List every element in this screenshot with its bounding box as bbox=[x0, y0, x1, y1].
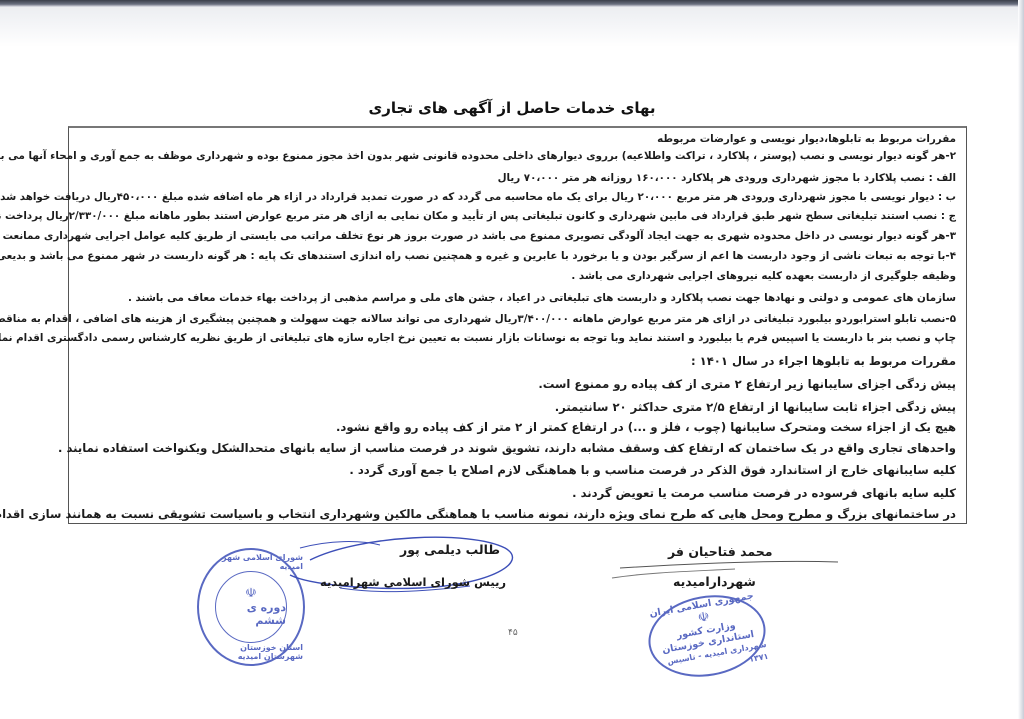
awning-rule-1: پیش زدگی اجزای سایبانها زیر ارتفاع ۲ متر… bbox=[538, 377, 956, 391]
scan-edge-top bbox=[0, 0, 1024, 7]
rule-2-c: ج : نصب استند تبلیغاتی سطح شهر طبق قرارد… bbox=[0, 209, 956, 223]
document-title: بهای خدمات حاصل از آگهی های تجاری bbox=[0, 99, 1024, 117]
council-stamp: شورای اسلامی شهر امیدیه ☫ دوره ی ششم است… bbox=[197, 548, 305, 666]
rule-4: ۴-با توجه به تبعات ناشی از وجود داربست ه… bbox=[0, 249, 956, 263]
rule-2-a: الف : نصب پلاکارد با مجوز شهرداری ورودی … bbox=[498, 171, 956, 185]
council-stamp-bottom-text: استان خوزستان شهرستان امیدیه bbox=[199, 643, 303, 661]
section-heading-signs: مقررات مربوط به تابلوها،دیوار نویسی و عو… bbox=[657, 132, 956, 146]
council-head-title: رییس شورای اسلامی شهرامیدیه bbox=[320, 575, 506, 589]
mayor-title: شهردارامیدیه bbox=[673, 574, 756, 589]
council-stamp-inner-ring: ☫ دوره ی ششم bbox=[215, 571, 287, 643]
council-head-name: طالب دیلمی پور bbox=[400, 542, 500, 557]
rule-2: ۲-هر گونه دیوار نویسی و نصب (پوستر ، پلا… bbox=[0, 149, 956, 163]
awning-rule-6: کلیه سایه بانهای فرسوده در فرصت مناسب مر… bbox=[572, 486, 956, 500]
awning-rule-4: واحدهای تجاری واقع در یک ساختمان که ارتف… bbox=[58, 441, 956, 455]
regulations-box: مقررات مربوط به تابلوها،دیوار نویسی و عو… bbox=[68, 126, 967, 524]
rule-5: ۵-نصب تابلو استرابوردو بیلبورد تبلیغاتی … bbox=[0, 312, 956, 326]
municipality-stamp: جمهوری اسلامی ایران ☫ وزارت کشور استاندا… bbox=[642, 586, 772, 685]
page-number: ۴۵ bbox=[508, 628, 518, 638]
awning-rule-2: پیش زدگی اجزاء ثابت سایبانها از ارتفاع ۲… bbox=[555, 400, 956, 414]
rule-2-b: ب : دیوار نویسی با مجوز شهرداری ورودی هر… bbox=[0, 190, 956, 204]
scan-shadow bbox=[0, 7, 1024, 47]
exemption-note: سازمان های عمومی و دولتی و نهادها جهت نص… bbox=[128, 291, 956, 305]
awning-rule-3: هیچ یک از اجزاء سخت ومتحرک سایبانها (چوب… bbox=[336, 420, 956, 434]
rule-4-cont: وظیفه جلوگیری از داربست بعهده کلیه نیروه… bbox=[571, 269, 956, 283]
rule-5-cont: چاپ و نصب بنر با داربست یا اسپیس فرم یا … bbox=[0, 331, 956, 345]
iran-emblem-icon: ☫ bbox=[245, 587, 257, 601]
section-heading-1401: مقررات مربوط به تابلوها اجراء در سال ۱۴۰… bbox=[691, 354, 956, 368]
rule-3: ۳-هر گونه دیوار نویسی در داخل محدوده شهر… bbox=[0, 229, 956, 243]
awning-rule-7: در ساختمانهای بزرگ و مطرح ومحل هایی که ط… bbox=[0, 507, 956, 521]
awning-rule-5: کلیه سایبانهای خارج از استاندارد فوق الذ… bbox=[349, 463, 956, 477]
mayor-name: محمد فتاحیان فر bbox=[668, 544, 772, 559]
council-stamp-top-text: شورای اسلامی شهر امیدیه bbox=[199, 553, 303, 571]
council-stamp-center-text: دوره ی ششم bbox=[216, 601, 286, 627]
